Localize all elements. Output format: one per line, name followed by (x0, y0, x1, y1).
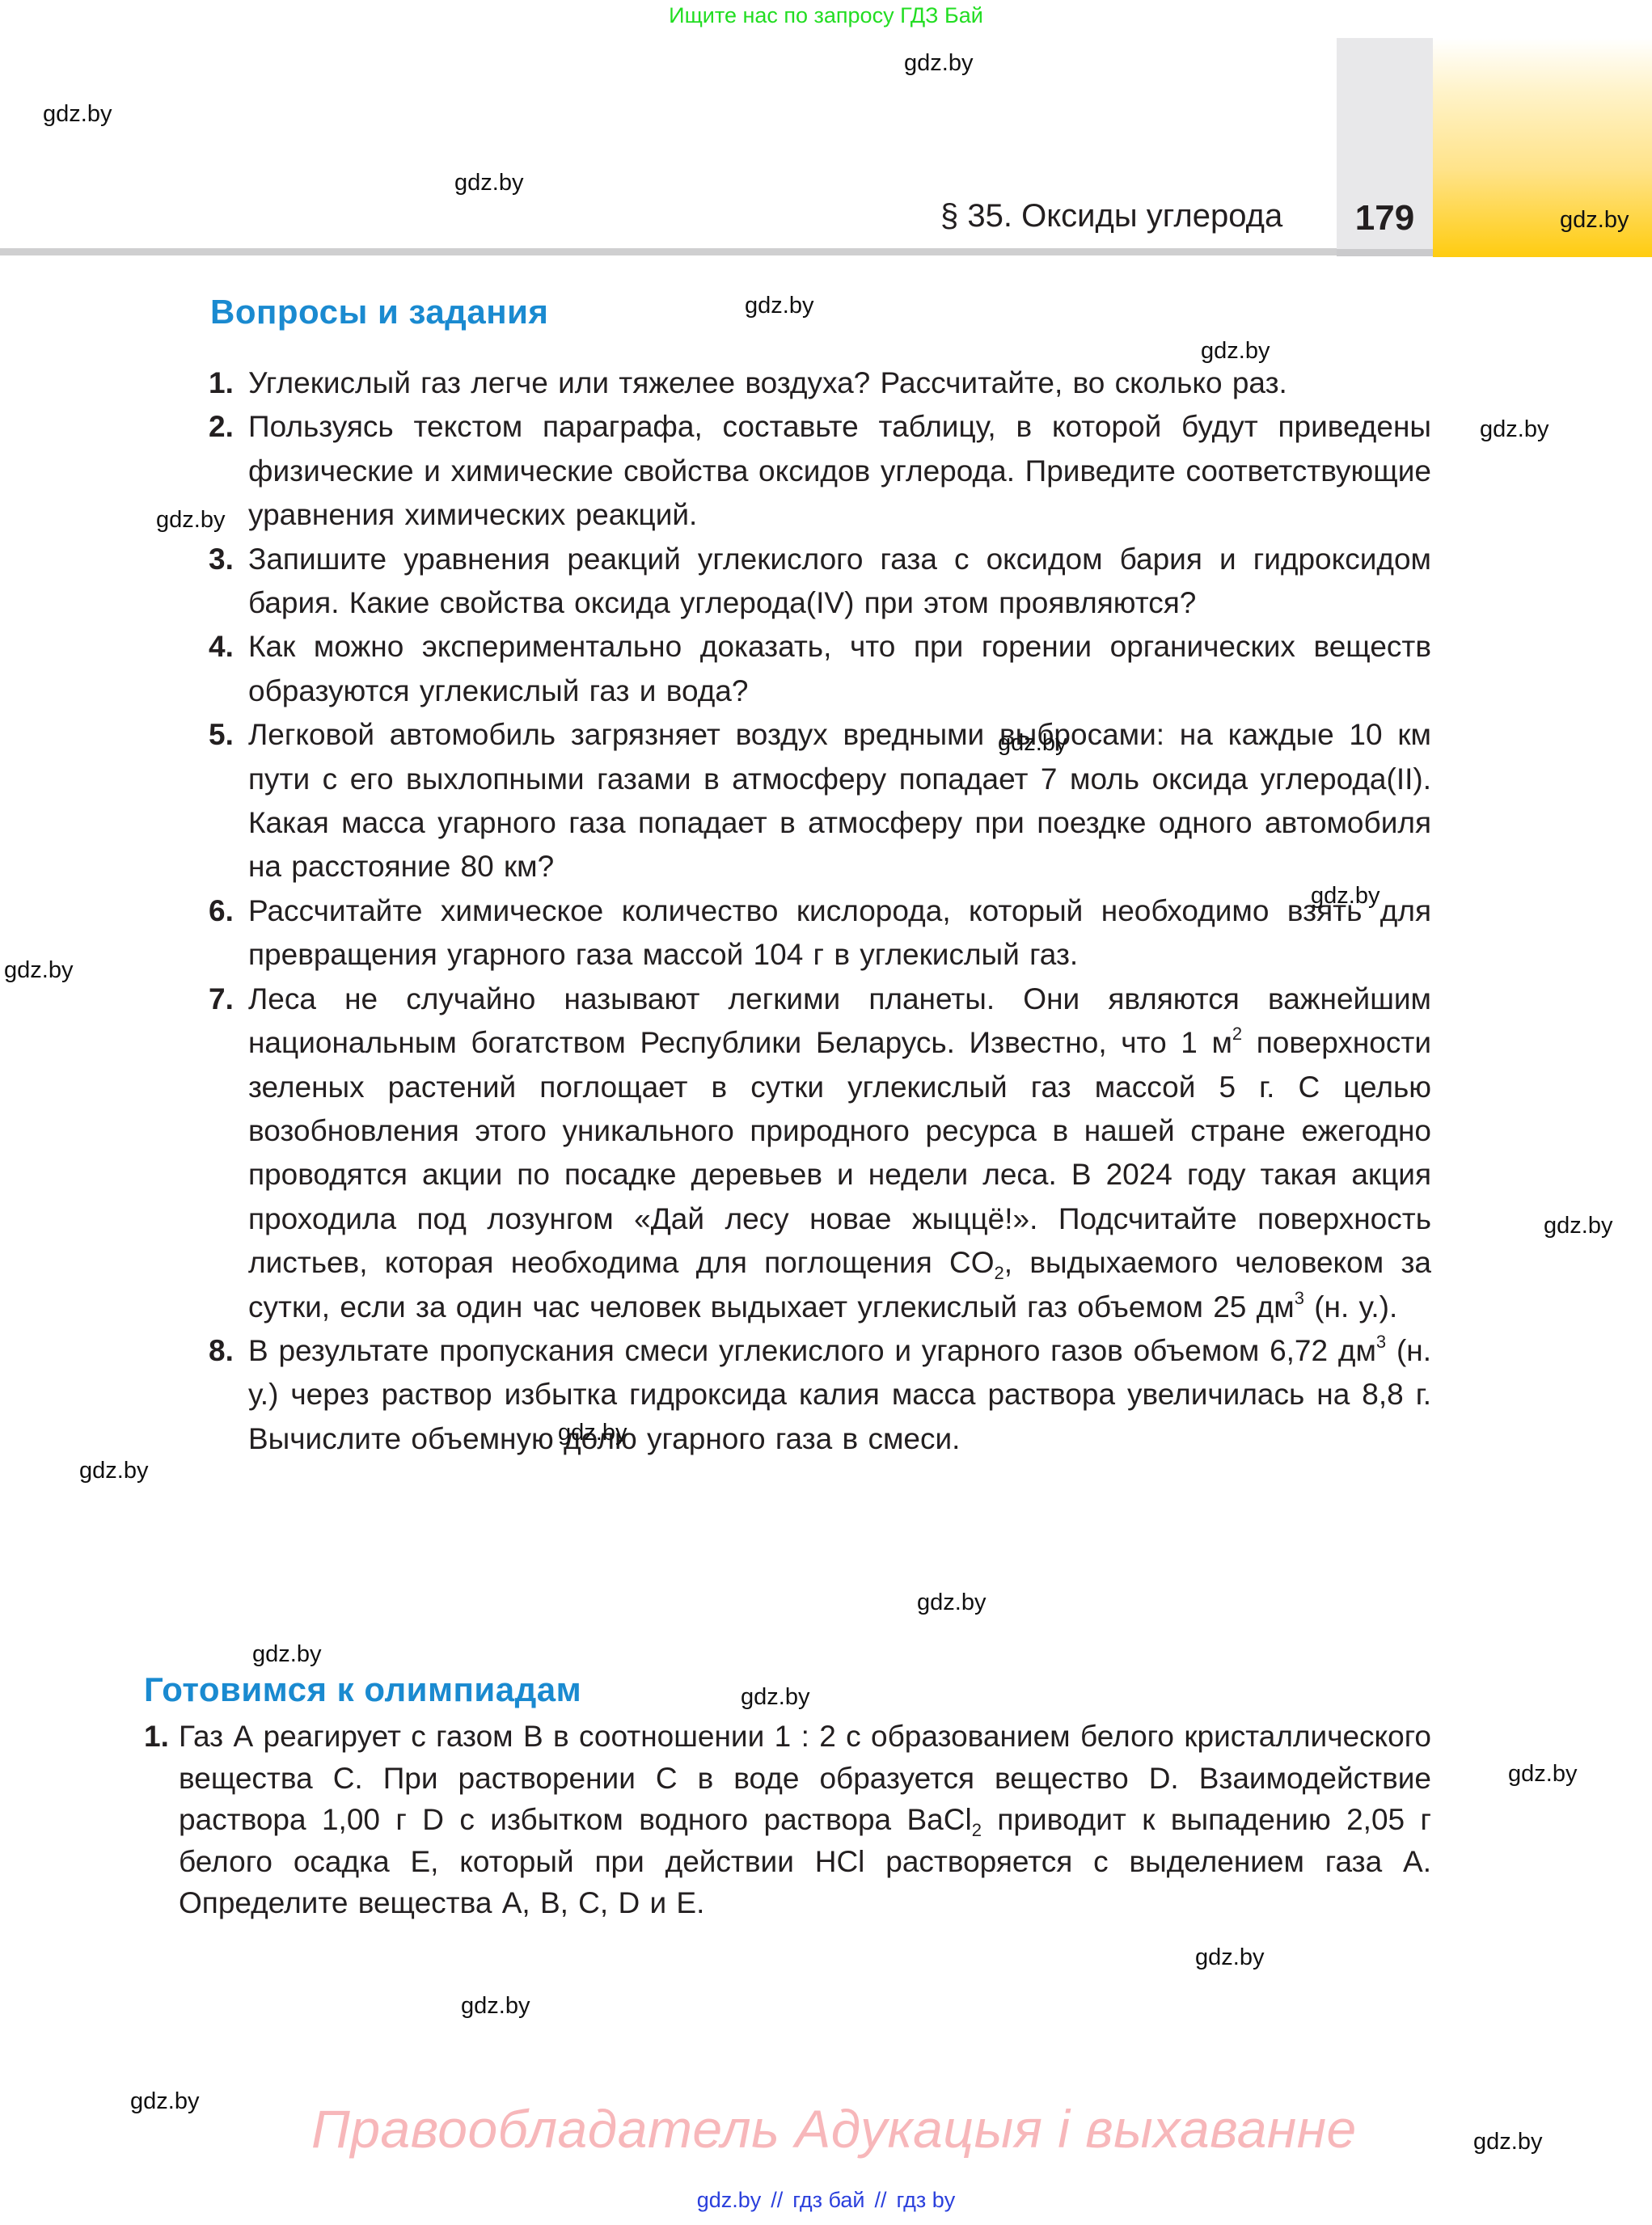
watermark-gdz: gdz.by (1560, 207, 1629, 234)
question-text: Запишите уравнения реакций углекислого г… (248, 538, 1431, 626)
question-item: 2.Пользуясь текстом параграфа, составьте… (209, 405, 1431, 537)
question-item: 6.Рассчитайте химическое количество кисл… (209, 889, 1431, 977)
question-text: Легковой автомобиль загрязняет воздух вр… (248, 713, 1431, 889)
question-item: 5.Легковой автомобиль загрязняет воздух … (209, 713, 1431, 889)
footer-separator: // (874, 2188, 886, 2212)
page-number-box: 179 (1337, 38, 1433, 256)
header-divider (0, 248, 1337, 255)
watermark-gdz: gdz.by (130, 2088, 199, 2115)
question-text: Пользуясь текстом параграфа, составьте т… (248, 405, 1431, 537)
question-item: 3.Запишите уравнения реакций углекислого… (209, 538, 1431, 626)
watermark-gdz: gdz.by (1480, 416, 1548, 443)
question-text: Углекислый газ легче или тяжелее воздуха… (248, 361, 1431, 405)
olympiad-task-text: Газ А реагирует с газом В в соотношении … (179, 1716, 1431, 1924)
watermark-gdz: gdz.by (1508, 1761, 1577, 1788)
olympiad-task-number: 1. (144, 1716, 169, 1758)
watermark-gdz: gdz.by (461, 1993, 530, 2020)
watermark-gdz: gdz.by (904, 50, 973, 77)
watermark-gdz: gdz.by (43, 101, 112, 128)
footer-link[interactable]: гдз by (897, 2188, 956, 2212)
watermark-gdz: gdz.by (917, 1590, 986, 1616)
watermark-gdz: gdz.by (252, 1641, 321, 1668)
question-text: Рассчитайте химическое количество кислор… (248, 889, 1431, 977)
question-number: 2. (209, 405, 234, 449)
question-number: 3. (209, 538, 234, 581)
question-item: 8.В результате пропускания смеси углекис… (209, 1329, 1431, 1461)
question-item: 4.Как можно экспериментально доказать, ч… (209, 625, 1431, 713)
page-box-divider (1337, 249, 1433, 256)
question-text: Леса не случайно называют легкими планет… (248, 977, 1431, 1329)
watermark-gdz: gdz.by (745, 293, 813, 319)
footer-link[interactable]: гдз бай (792, 2188, 864, 2212)
watermark-gdz: gdz.by (1473, 2129, 1542, 2155)
footer-link[interactable]: gdz.by (697, 2188, 762, 2212)
copyright-notice: Правообладатель Адукацыя і выхаванне (311, 2098, 1357, 2160)
watermark-gdz: gdz.by (454, 170, 523, 196)
section-title: § 35. Оксиды углерода (940, 198, 1282, 234)
footer-separator: // (771, 2188, 783, 2212)
watermark-gdz: gdz.by (741, 1684, 809, 1711)
questions-list: 1.Углекислый газ легче или тяжелее возду… (209, 361, 1431, 1461)
watermark-gdz: gdz.by (1201, 338, 1270, 365)
questions-heading: Вопросы и задания (210, 293, 548, 331)
question-item: 7.Леса не случайно называют легкими план… (209, 977, 1431, 1329)
watermark-gdz: gdz.by (1195, 1944, 1264, 1971)
question-text: В результате пропускания смеси углекисло… (248, 1329, 1431, 1461)
search-banner[interactable]: Ищите нас по запросу ГДЗ Бай (0, 3, 1652, 28)
question-number: 8. (209, 1329, 234, 1373)
olympiad-task-item: 1.Газ А реагирует с газом В в соотношени… (144, 1716, 1431, 1924)
page-number: 179 (1337, 198, 1433, 239)
question-text: Как можно экспериментально доказать, что… (248, 625, 1431, 713)
watermark-gdz: gdz.by (1544, 1213, 1612, 1239)
question-number: 4. (209, 625, 234, 669)
question-item: 1.Углекислый газ легче или тяжелее возду… (209, 361, 1431, 405)
footer-links: gdz.by//гдз бай//гдз by (0, 2188, 1652, 2213)
watermark-gdz: gdz.by (1311, 883, 1379, 910)
watermark-gdz: gdz.by (998, 730, 1067, 757)
olympiad-list: 1.Газ А реагирует с газом В в соотношени… (144, 1716, 1431, 1924)
watermark-gdz: gdz.by (4, 957, 73, 984)
question-number: 5. (209, 713, 234, 757)
watermark-gdz: gdz.by (79, 1458, 148, 1484)
question-number: 7. (209, 977, 234, 1021)
watermark-gdz: gdz.by (558, 1420, 627, 1446)
olympiad-heading: Готовимся к олимпиадам (144, 1670, 581, 1709)
question-number: 6. (209, 889, 234, 933)
question-number: 1. (209, 361, 234, 405)
watermark-gdz: gdz.by (156, 507, 225, 534)
